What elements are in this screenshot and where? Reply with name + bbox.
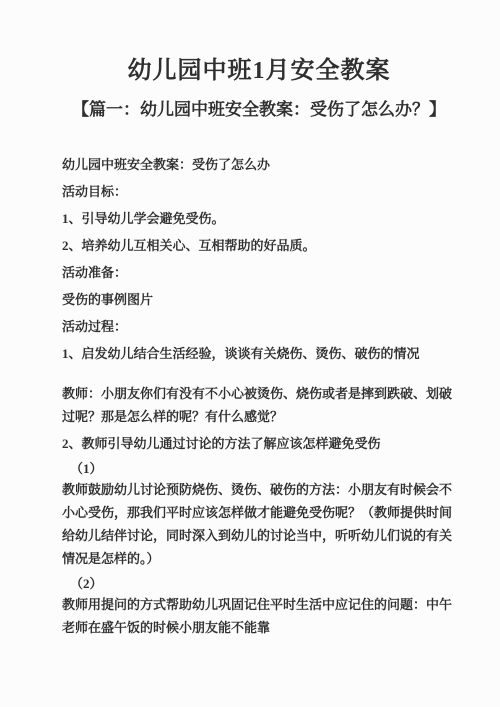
goal-item-2: 2、培养幼儿互相关心、互相帮助的好品质。 <box>62 234 456 257</box>
goal-item-1: 1、引导幼儿学会避免受伤。 <box>62 207 456 230</box>
activity-process-heading: 活动过程： <box>62 315 456 338</box>
process-step-1: 1、启发幼儿结合生活经验，谈谈有关烧伤、烫伤、破伤的情况 <box>62 342 456 365</box>
teacher-question-paragraph: 教师：小朋友你们有没有不小心被烫伤、烧伤或者是摔到跌破、划破过呢？那是怎么样的呢… <box>62 382 456 428</box>
sub-point-1-marker: （1） <box>62 459 456 478</box>
document-page: 幼儿园中班1月安全教案 【篇一：幼儿园中班安全教案：受伤了怎么办？】 幼儿园中班… <box>0 0 500 639</box>
document-title: 幼儿园中班1月安全教案 <box>62 56 456 86</box>
preparation-item: 受伤的事例图片 <box>62 288 456 311</box>
process-step-2: 2、教师引导幼儿通过讨论的方法了解应该怎样避免受伤 <box>62 432 456 455</box>
section-heading: 【篇一：幼儿园中班安全教案：受伤了怎么办？】 <box>62 99 456 121</box>
document-body: 幼儿园中班安全教案：受伤了怎么办 活动目标： 1、引导幼儿学会避免受伤。 2、培… <box>62 153 456 639</box>
sub-point-1-paragraph: 教师鼓励幼儿讨论预防烧伤、烫伤、破伤的方法：小朋友有时候会不小心受伤，那我们平时… <box>62 478 456 570</box>
sub-point-2-marker: （2） <box>62 574 456 593</box>
sub-point-2-paragraph: 教师用提问的方式帮助幼儿巩固记住平时生活中应记住的问题：中午老师在盛午饭的时候小… <box>62 593 456 639</box>
activity-preparation-heading: 活动准备： <box>62 261 456 284</box>
lesson-title-line: 幼儿园中班安全教案：受伤了怎么办 <box>62 153 456 176</box>
activity-goals-heading: 活动目标： <box>62 180 456 203</box>
